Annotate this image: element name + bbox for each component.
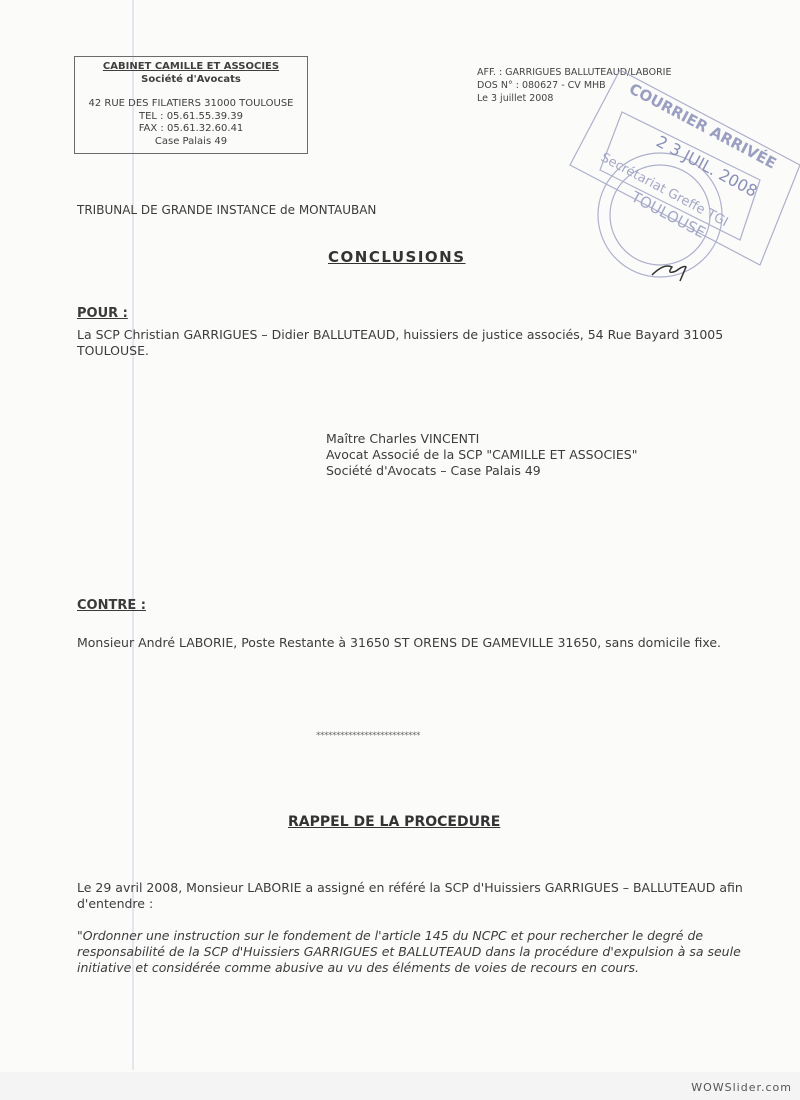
procedure-intro: Le 29 avril 2008, Monsieur LABORIE a ass…	[77, 880, 767, 912]
document-title: CONCLUSIONS	[328, 248, 466, 266]
procedure-quote: "Ordonner une instruction sur le fondeme…	[77, 928, 767, 976]
firm-tel: TEL : 05.61.55.39.39	[75, 111, 307, 124]
firm-fax: FAX : 05.61.32.60.41	[75, 123, 307, 136]
pour-party: La SCP Christian GARRIGUES – Didier BALL…	[77, 327, 757, 359]
counsel-block: Maître Charles VINCENTI Avocat Associé d…	[326, 431, 637, 479]
separator-stars: **************************	[316, 731, 420, 741]
firm-address: 42 RUE DES FILATIERS 31000 TOULOUSE	[75, 98, 307, 111]
bottom-band	[0, 1072, 800, 1100]
counsel-firm: Société d'Avocats – Case Palais 49	[326, 463, 637, 479]
firm-name: CABINET CAMILLE ET ASSOCIES	[75, 61, 307, 74]
procedure-title: RAPPEL DE LA PROCEDURE	[288, 814, 500, 830]
court-name: TRIBUNAL DE GRANDE INSTANCE de MONTAUBAN	[77, 203, 376, 217]
counsel-name: Maître Charles VINCENTI	[326, 431, 637, 447]
pour-label: POUR :	[77, 306, 128, 321]
counsel-title: Avocat Associé de la SCP "CAMILLE ET ASS…	[326, 447, 637, 463]
firm-case: Case Palais 49	[75, 136, 307, 149]
received-mail-stamp: COURRIER ARRIVÉE 2 3 JUIL. 2008 Secrétar…	[560, 70, 800, 290]
contre-label: CONTRE :	[77, 598, 146, 613]
contre-party: Monsieur André LABORIE, Poste Restante à…	[77, 635, 767, 651]
firm-type: Société d'Avocats	[75, 74, 307, 87]
watermark: WOWSlider.com	[691, 1081, 792, 1094]
document-page: CABINET CAMILLE ET ASSOCIES Société d'Av…	[0, 0, 800, 1100]
letterhead-box: CABINET CAMILLE ET ASSOCIES Société d'Av…	[74, 56, 308, 154]
